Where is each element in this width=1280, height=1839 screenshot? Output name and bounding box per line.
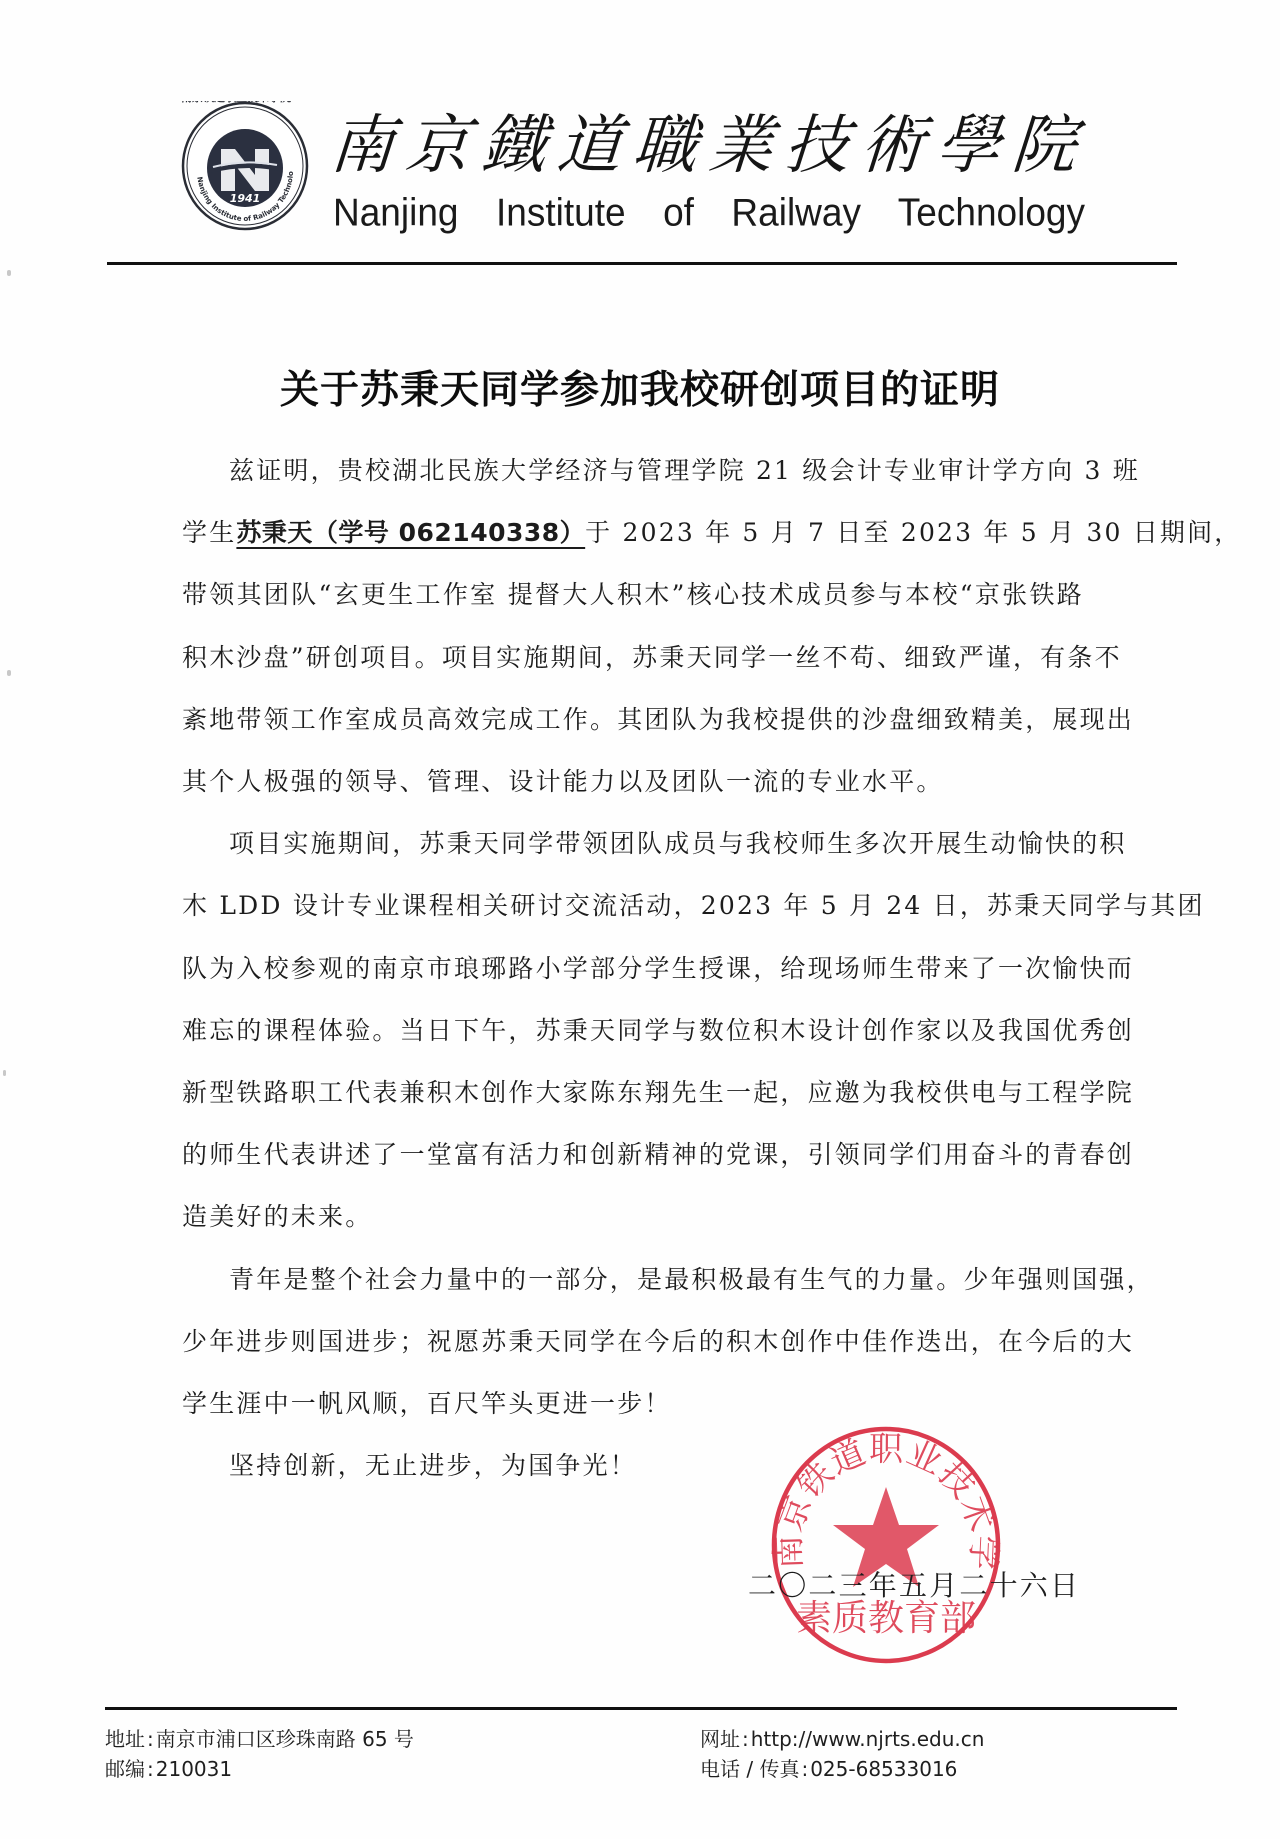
text-line: 的师生代表讲述了一堂富有活力和创新精神的党课，引领同学们用奋斗的青春创 bbox=[182, 1124, 1084, 1186]
phone-value: 025-68533016 bbox=[810, 1757, 957, 1781]
svg-text:1941: 1941 bbox=[230, 192, 261, 205]
text-segment: 于 2023 年 5 月 7 日至 2023 年 5 月 30 日期间， bbox=[585, 518, 1241, 547]
issue-date: 二〇二三年五月二十六日 bbox=[748, 1566, 1080, 1606]
text-line: 兹证明，贵校湖北民族大学经济与管理学院 21 级会计专业审计学方向 3 班 bbox=[182, 440, 1084, 502]
text-line: 学生苏秉天（学号 062140338）于 2023 年 5 月 7 日至 202… bbox=[182, 502, 1084, 564]
footer-postcode: 邮编:210031 bbox=[105, 1755, 232, 1783]
footer-divider bbox=[105, 1707, 1177, 1710]
text-line: 木 LDD 设计专业课程相关研讨交流活动，2023 年 5 月 24 日，苏秉天… bbox=[182, 875, 1084, 937]
website-label: 网址 bbox=[700, 1727, 740, 1751]
paragraph-2: 项目实施期间，苏秉天同学带领团队成员与我校师生多次开展生动愉快的积 木 LDD … bbox=[182, 813, 1084, 1248]
text-line: 积木沙盘”研创项目。项目实施期间，苏秉天同学一丝不苟、细致严谨，有条不 bbox=[182, 627, 1084, 689]
postcode-label: 邮编 bbox=[105, 1757, 145, 1781]
footer-address: 地址:南京市浦口区珍珠南路 65 号 bbox=[105, 1725, 414, 1753]
text-line: 带领其团队“玄更生工作室 提督大人积木”核心技术成员参与本校“京张铁路 bbox=[182, 564, 1084, 626]
footer-website: 网址:http://www.njrts.edu.cn bbox=[700, 1725, 984, 1753]
text-line: 青年是整个社会力量中的一部分，是最积极最有生气的力量。少年强则国强， bbox=[182, 1249, 1084, 1311]
text-line: 队为入校参观的南京市琅琊路小学部分学生授课，给现场师生带来了一次愉快而 bbox=[182, 938, 1084, 1000]
official-seal: 南京铁道职业技术学院 素质教育部 bbox=[768, 1425, 1004, 1665]
address-value: 南京市浦口区珍珠南路 65 号 bbox=[156, 1727, 414, 1751]
text-line: 其个人极强的领导、管理、设计能力以及团队一流的专业水平。 bbox=[182, 751, 1084, 813]
scan-mark bbox=[7, 670, 11, 676]
text-line: 新型铁路职工代表兼积木创作大家陈东翔先生一起，应邀为我校供电与工程学院 bbox=[182, 1062, 1084, 1124]
student-name-id: 苏秉天（学号 062140338） bbox=[236, 518, 585, 547]
text-line: 少年进步则国进步；祝愿苏秉天同学在今后的积木创作中佳作迭出，在今后的大 bbox=[182, 1311, 1084, 1373]
footer-phone: 电话 / 传真:025-68533016 bbox=[700, 1755, 957, 1783]
phone-label: 电话 / 传真 bbox=[700, 1757, 799, 1781]
institution-name-cn: 南京鐵道職業技術學院 bbox=[327, 104, 1089, 188]
website-link[interactable]: http://www.njrts.edu.cn bbox=[751, 1727, 985, 1751]
paragraph-3: 青年是整个社会力量中的一部分，是最积极最有生气的力量。少年强则国强， 少年进步则… bbox=[182, 1249, 1084, 1436]
text-line: 造美好的未来。 bbox=[182, 1186, 1084, 1248]
document-title: 关于苏秉天同学参加我校研创项目的证明 bbox=[150, 364, 1130, 418]
header-divider bbox=[107, 262, 1177, 265]
text-line: 项目实施期间，苏秉天同学带领团队成员与我校师生多次开展生动愉快的积 bbox=[182, 813, 1084, 875]
scan-mark bbox=[7, 270, 11, 276]
text-segment: 学生 bbox=[182, 518, 236, 547]
paragraph-1: 兹证明，贵校湖北民族大学经济与管理学院 21 级会计专业审计学方向 3 班 学生… bbox=[182, 440, 1084, 813]
postcode-value: 210031 bbox=[156, 1757, 232, 1781]
svg-text:南京铁道职业技术学院: 南京铁道职业技术学院 bbox=[181, 101, 291, 104]
certificate-body: 兹证明，贵校湖北民族大学经济与管理学院 21 级会计专业审计学方向 3 班 学生… bbox=[182, 440, 1084, 1497]
institution-name-en: Nanjing Institute of Railway Technology bbox=[333, 189, 1085, 238]
text-line: 紊地带领工作室成员高效完成工作。其团队为我校提供的沙盘细致精美，展现出 bbox=[182, 689, 1084, 751]
school-emblem-icon: 南京铁道职业技术学院 Nanjing Institute of Railway … bbox=[181, 101, 309, 231]
scan-mark bbox=[3, 1070, 6, 1076]
address-label: 地址 bbox=[105, 1727, 145, 1751]
text-line: 难忘的课程体验。当日下午，苏秉天同学与数位积木设计创作家以及我国优秀创 bbox=[182, 1000, 1084, 1062]
